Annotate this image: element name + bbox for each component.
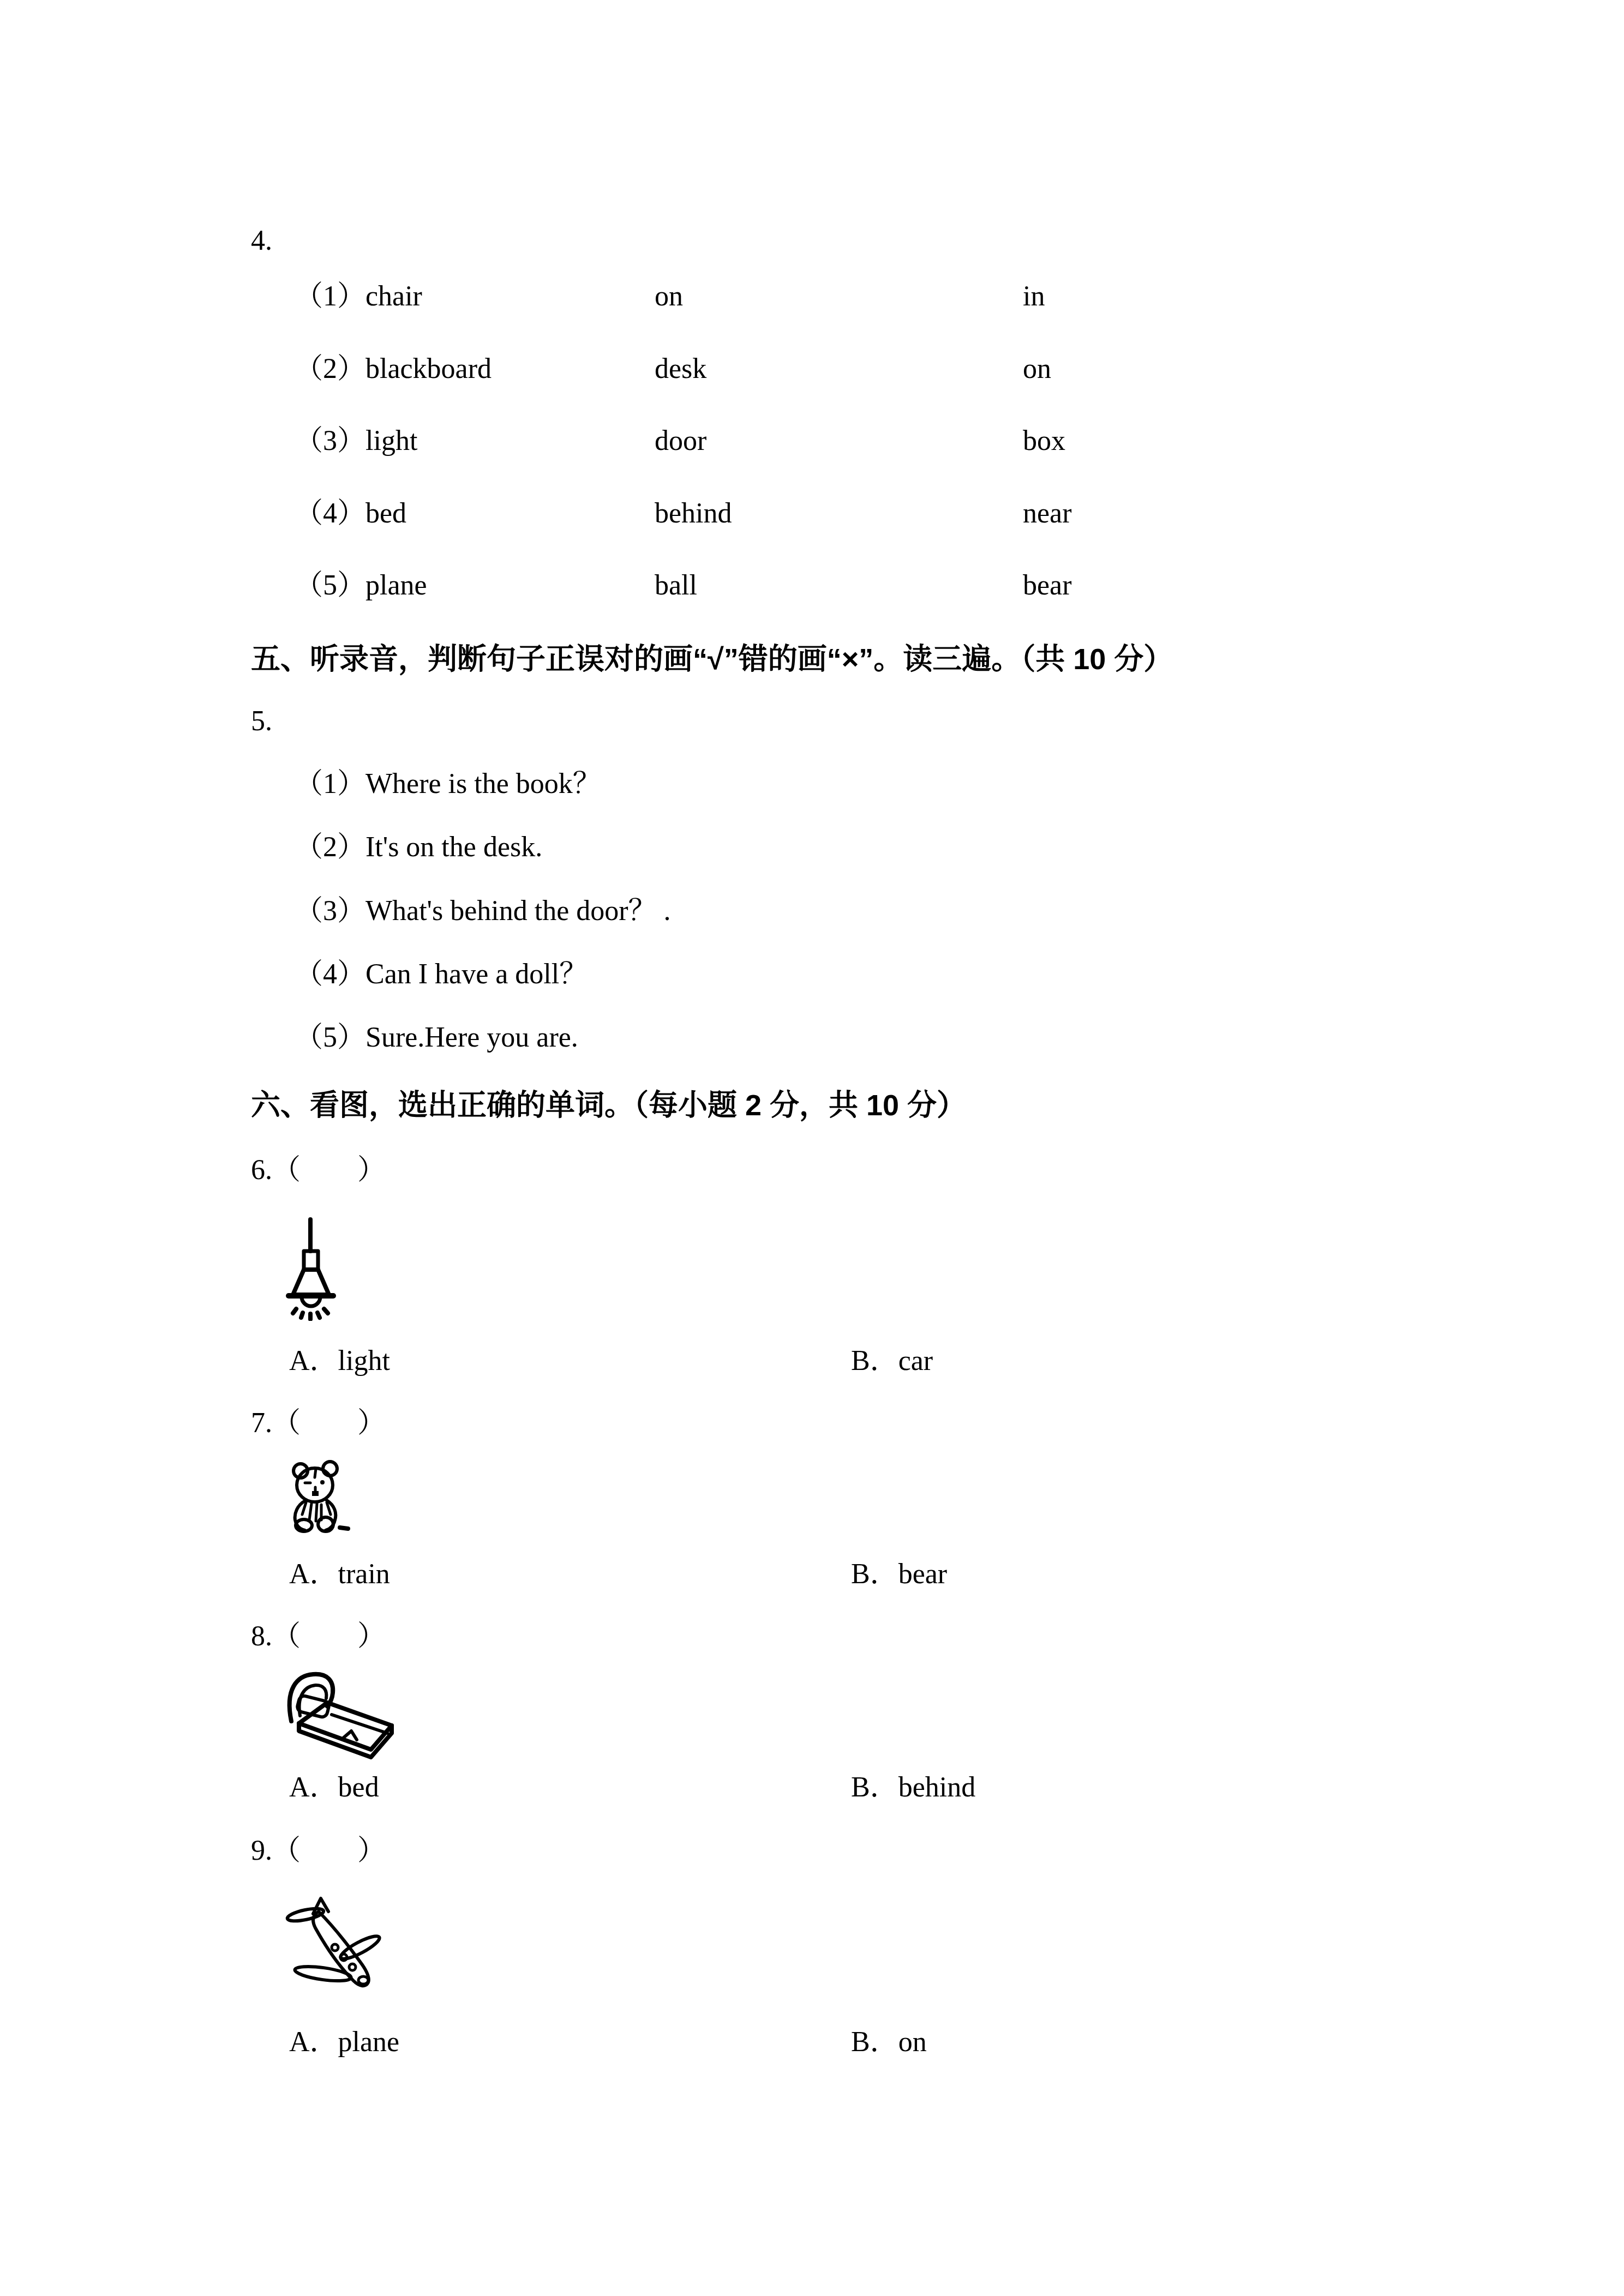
pendant-lamp-image <box>281 1217 338 1321</box>
option-a: A．bed <box>289 1771 379 1804</box>
q6-number-blank: 6.（ ） <box>251 1154 386 1187</box>
q7-options: A．train B．bear <box>0 1558 1624 1591</box>
q8-options: A．bed B．behind <box>0 1771 1624 1804</box>
q9-options: A．plane B．on <box>0 2026 1624 2059</box>
word-cell: bear <box>1023 569 1071 602</box>
option-b: B．on <box>851 2026 927 2059</box>
q4-row: （1）chair on in <box>0 280 1624 313</box>
q4-number: 4. <box>251 225 272 257</box>
q5-item: （2）It's on the desk. <box>295 831 542 864</box>
q7-number-blank: 7.（ ） <box>251 1407 386 1440</box>
bed-image <box>279 1668 402 1759</box>
word-cell: ball <box>655 569 697 602</box>
option-a: A．light <box>289 1345 390 1378</box>
exam-paper-page: 4. （1）chair on in （2）blackboard desk on … <box>0 0 1624 2296</box>
word-cell: in <box>1023 280 1045 313</box>
word-cell: （4）bed <box>295 497 406 530</box>
option-b: B．behind <box>851 1771 975 1804</box>
q5-item: （3）What's behind the door？ . <box>295 895 671 928</box>
q8-number-blank: 8.（ ） <box>251 1620 386 1653</box>
word-cell: on <box>655 280 683 313</box>
option-b: B．bear <box>851 1558 947 1591</box>
section5-heading: 五、听录音，判断句子正误对的画“√”错的画“×”。读三遍。（共 10 分） <box>251 642 1173 676</box>
q5-item: （5）Sure.Here you are. <box>295 1021 578 1054</box>
word-cell: box <box>1023 425 1065 458</box>
q5-number: 5. <box>251 705 272 738</box>
word-cell: near <box>1023 497 1071 530</box>
q4-row: （3）light door box <box>0 425 1624 458</box>
word-cell: on <box>1023 353 1051 386</box>
word-cell: door <box>655 425 706 458</box>
option-b: B．car <box>851 1345 933 1378</box>
q4-row: （5）plane ball bear <box>0 569 1624 602</box>
q9-number-blank: 9.（ ） <box>251 1835 386 1867</box>
teddy-bear-image <box>281 1459 352 1535</box>
q6-options: A．light B．car <box>0 1345 1624 1378</box>
word-cell: （5）plane <box>295 569 427 602</box>
toy-plane-image <box>284 1890 387 2002</box>
q5-item: （1）Where is the book？ <box>295 768 601 801</box>
word-cell: behind <box>655 497 732 530</box>
q4-row: （4）bed behind near <box>0 497 1624 530</box>
section6-heading: 六、看图，选出正确的单词。（每小题 2 分，共 10 分） <box>251 1089 966 1122</box>
word-cell: desk <box>655 353 706 386</box>
word-cell: （1）chair <box>295 280 422 313</box>
q4-row: （2）blackboard desk on <box>0 353 1624 386</box>
word-cell: （2）blackboard <box>295 353 492 386</box>
word-cell: （3）light <box>295 425 417 458</box>
q5-item: （4）Can I have a doll？ <box>295 958 588 991</box>
option-a: A．plane <box>289 2026 399 2059</box>
option-a: A．train <box>289 1558 390 1591</box>
